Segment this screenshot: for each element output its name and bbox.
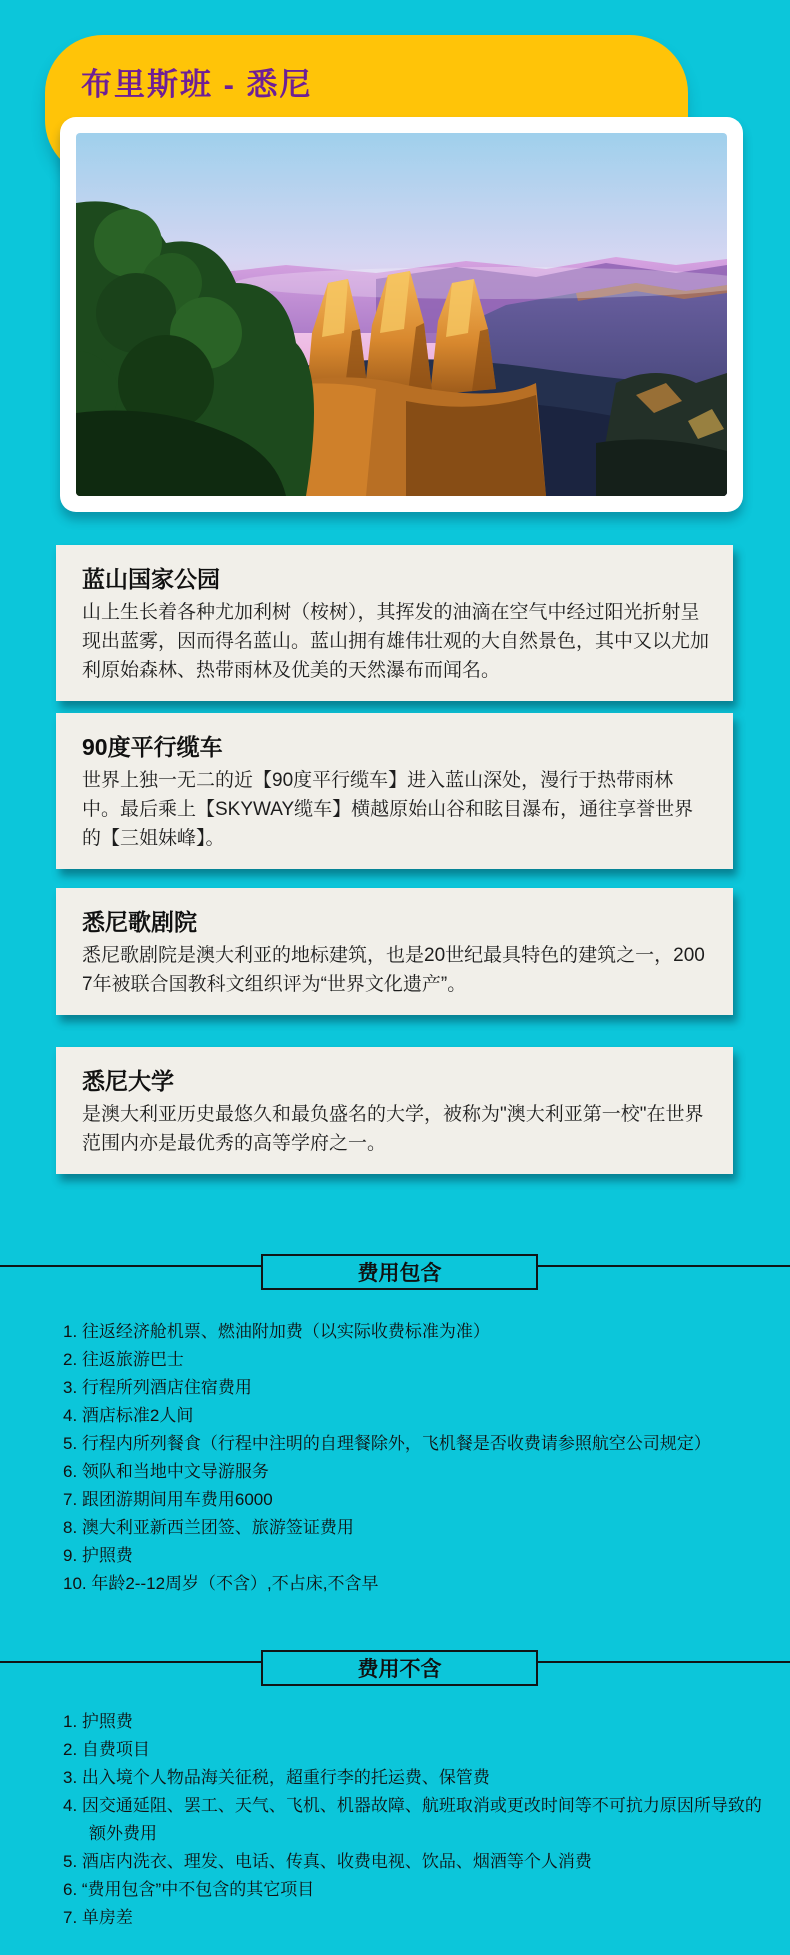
list-item: 1. 护照费 [63, 1708, 763, 1736]
section-header-fees-excluded: 费用不含 [0, 1650, 790, 1690]
list-item: 6. “费用包含”中不包含的其它项目 [63, 1876, 763, 1904]
card-title: 90度平行缆车 [82, 729, 709, 762]
list-item: 8. 澳大利亚新西兰团签、旅游签证费用 [63, 1514, 763, 1542]
list-item: 10. 年龄2--12周岁（不含）,不占床,不含早 [63, 1570, 763, 1598]
list-item: 9. 护照费 [63, 1542, 763, 1570]
card-body: 世界上独一无二的近【90度平行缆车】进入蓝山深处，漫行于热带雨林中。最后乘上【S… [82, 766, 709, 853]
list-item: 4. 酒店标准2人间 [63, 1402, 763, 1430]
photo-card [60, 117, 743, 512]
travel-flyer-page: 布里斯班 - 悉尼 [0, 0, 790, 1955]
list-item: 6. 领队和当地中文导游服务 [63, 1458, 763, 1486]
list-item: 3. 行程所列酒店住宿费用 [63, 1374, 763, 1402]
list-item: 2. 自费项目 [63, 1736, 763, 1764]
section-label-box: 费用不含 [261, 1650, 538, 1686]
list-item: 7. 跟团游期间用车费用6000 [63, 1486, 763, 1514]
fees-included-list: 1. 往返经济舱机票、燃油附加费（以实际收费标准为准） 2. 往返旅游巴士 3.… [63, 1318, 763, 1598]
card-body: 山上生长着各种尤加利树（桉树），其挥发的油滴在空气中经过阳光折射呈现出蓝雾，因而… [82, 598, 709, 685]
card-title: 悉尼大学 [82, 1063, 709, 1096]
info-card-railway: 90度平行缆车 世界上独一无二的近【90度平行缆车】进入蓝山深处，漫行于热带雨林… [56, 713, 733, 869]
info-card-blue-mountains: 蓝山国家公园 山上生长着各种尤加利树（桉树），其挥发的油滴在空气中经过阳光折射呈… [56, 545, 733, 701]
list-item: 1. 往返经济舱机票、燃油附加费（以实际收费标准为准） [63, 1318, 763, 1346]
card-body: 悉尼歌剧院是澳大利亚的地标建筑，也是20世纪最具特色的建筑之一，2007年被联合… [82, 941, 709, 999]
section-header-fees-included: 费用包含 [0, 1254, 790, 1294]
info-card-opera-house: 悉尼歌剧院 悉尼歌剧院是澳大利亚的地标建筑，也是20世纪最具特色的建筑之一，20… [56, 888, 733, 1015]
list-item: 2. 往返旅游巴士 [63, 1346, 763, 1374]
card-title: 悉尼歌剧院 [82, 904, 709, 937]
list-item: 3. 出入境个人物品海关征税，超重行李的托运费、保管费 [63, 1764, 763, 1792]
card-body: 是澳大利亚历史最悠久和最负盛名的大学，被称为"澳大利亚第一校"在世界范围内亦是最… [82, 1100, 709, 1158]
section-title: 费用不含 [358, 1653, 442, 1683]
route-title: 布里斯班 - 悉尼 [81, 59, 313, 104]
info-card-university: 悉尼大学 是澳大利亚历史最悠久和最负盛名的大学，被称为"澳大利亚第一校"在世界范… [56, 1047, 733, 1174]
fees-excluded-list: 1. 护照费 2. 自费项目 3. 出入境个人物品海关征税，超重行李的托运费、保… [63, 1708, 763, 1932]
card-title: 蓝山国家公园 [82, 561, 709, 594]
list-item: 5. 行程内所列餐食（行程中注明的自理餐除外，飞机餐是否收费请参照航空公司规定） [63, 1430, 763, 1458]
list-item: 7. 单房差 [63, 1904, 763, 1932]
section-label-box: 费用包含 [261, 1254, 538, 1290]
list-item: 4. 因交通延阻、罢工、天气、飞机、机器故障、航班取消或更改时间等不可抗力原因所… [63, 1792, 763, 1848]
list-item: 5. 酒店内洗衣、理发、电话、传真、收费电视、饮品、烟酒等个人消费 [63, 1848, 763, 1876]
blue-mountains-photo [76, 133, 727, 496]
section-title: 费用包含 [358, 1257, 442, 1287]
